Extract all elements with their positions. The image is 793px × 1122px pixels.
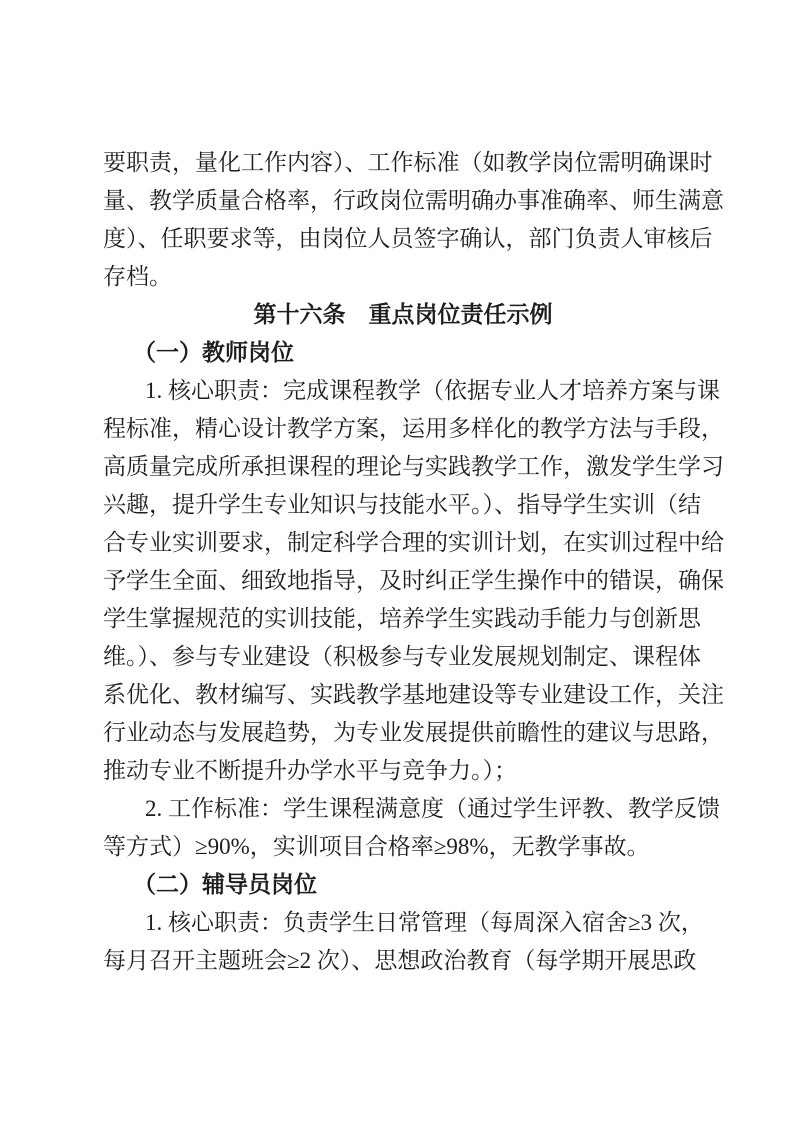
text-line: 维。）、参与专业建设（积极参与专业发展规划制定、课程体: [103, 638, 703, 676]
text-line: 程标准，精心设计教学方案，运用多样化的教学方法与手段，: [103, 410, 703, 448]
text-line: 合专业实训要求，制定科学合理的实训计划，在实训过程中给: [103, 524, 703, 562]
text-line: 1. 核心职责：负责学生日常管理（每周深入宿舍≥3 次，: [103, 904, 703, 942]
text-line: 每月召开主题班会≥2 次）、思想政治教育（每学期开展思政: [103, 942, 703, 980]
paragraph-teacher-duties: 1. 核心职责：完成课程教学（依据专业人才培养方案与课 程标准，精心设计教学方案…: [103, 372, 703, 790]
article-heading: 第十六条 重点岗位责任示例: [103, 296, 703, 334]
text-line: 1. 核心职责：完成课程教学（依据专业人才培养方案与课: [103, 372, 703, 410]
text-line: 度）、任职要求等，由岗位人员签字确认，部门负责人审核后: [103, 220, 703, 258]
paragraph-continuation: 要职责，量化工作内容）、工作标准（如教学岗位需明确课时 量、教学质量合格率，行政…: [103, 144, 703, 296]
text-line: 兴趣，提升学生专业知识与技能水平。）、指导学生实训（结: [103, 486, 703, 524]
text-line: 高质量完成所承担课程的理论与实践教学工作，激发学生学习: [103, 448, 703, 486]
text-line: 2. 工作标准：学生课程满意度（通过学生评教、教学反馈: [103, 790, 703, 828]
text-line: 推动专业不断提升办学水平与竞争力。）；: [103, 752, 703, 790]
text-line: 量、教学质量合格率，行政岗位需明确办事准确率、师生满意: [103, 182, 703, 220]
subsection-heading-teacher: （一）教师岗位: [103, 334, 703, 372]
text-line: 学生掌握规范的实训技能，培养学生实践动手能力与创新思: [103, 600, 703, 638]
paragraph-teacher-standards: 2. 工作标准：学生课程满意度（通过学生评教、教学反馈 等方式）≥90%，实训项…: [103, 790, 703, 866]
text-line: 要职责，量化工作内容）、工作标准（如教学岗位需明确课时: [103, 144, 703, 182]
text-line: 行业动态与发展趋势，为专业发展提供前瞻性的建议与思路，: [103, 714, 703, 752]
text-line: 予学生全面、细致地指导，及时纠正学生操作中的错误，确保: [103, 562, 703, 600]
document-text-block: 要职责，量化工作内容）、工作标准（如教学岗位需明确课时 量、教学质量合格率，行政…: [103, 144, 703, 980]
subsection-heading-counselor: （二）辅导员岗位: [103, 866, 703, 904]
text-line: 存档。: [103, 258, 703, 296]
text-line: 系优化、教材编写、实践教学基地建设等专业建设工作，关注: [103, 676, 703, 714]
paragraph-counselor-duties: 1. 核心职责：负责学生日常管理（每周深入宿舍≥3 次， 每月召开主题班会≥2 …: [103, 904, 703, 980]
document-page: 要职责，量化工作内容）、工作标准（如教学岗位需明确课时 量、教学质量合格率，行政…: [0, 0, 793, 1122]
text-line: 等方式）≥90%，实训项目合格率≥98%，无教学事故。: [103, 828, 703, 866]
